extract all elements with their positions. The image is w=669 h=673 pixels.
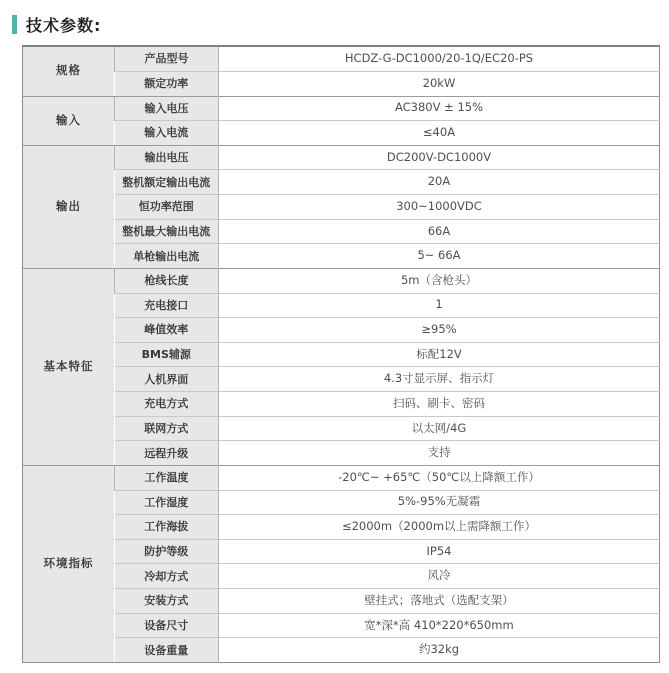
group-cell-input: 输入 xyxy=(23,96,115,145)
table-row: 设备重量 约32kg xyxy=(23,638,660,663)
row-label: 设备尺寸 xyxy=(115,613,219,638)
row-label: 防护等级 xyxy=(115,539,219,564)
row-value: HCDZ-G-DC1000/20-1Q/EC20-PS xyxy=(219,46,660,71)
row-value: 5%-95%无凝霜 xyxy=(219,490,660,515)
row-value: 约32kg xyxy=(219,638,660,663)
row-value: 4.3寸显示屏、指示灯 xyxy=(219,367,660,392)
row-value: IP54 xyxy=(219,539,660,564)
row-label: 枪线长度 xyxy=(115,268,219,293)
row-value: ≥95% xyxy=(219,318,660,343)
row-label: 远程升级 xyxy=(115,441,219,466)
table-row: 设备尺寸 宽*深*高 410*220*650mm xyxy=(23,613,660,638)
row-value: 300~1000VDC xyxy=(219,195,660,220)
table-row: 整机最大输出电流 66A xyxy=(23,219,660,244)
table-row: 充电方式 扫码、刷卡、密码 xyxy=(23,392,660,417)
table-row: 整机额定输出电流 20A xyxy=(23,170,660,195)
row-label: 设备重量 xyxy=(115,638,219,663)
table-row: 安装方式 壁挂式；落地式（选配支架） xyxy=(23,589,660,614)
row-value: ≤2000m（2000m以上需降额工作） xyxy=(219,515,660,540)
row-value: 标配12V xyxy=(219,342,660,367)
table-row: 输入电流 ≤40A xyxy=(23,121,660,146)
table-row: 防护等级 IP54 xyxy=(23,539,660,564)
row-label: 输出电压 xyxy=(115,145,219,170)
row-label: 整机额定输出电流 xyxy=(115,170,219,195)
row-value: 20kW xyxy=(219,71,660,96)
row-value: DC200V-DC1000V xyxy=(219,145,660,170)
row-value: 20A xyxy=(219,170,660,195)
row-label: 安装方式 xyxy=(115,589,219,614)
row-value: 以太网/4G xyxy=(219,416,660,441)
table-row: BMS辅源 标配12V xyxy=(23,342,660,367)
row-value: ≤40A xyxy=(219,121,660,146)
row-label: 输入电流 xyxy=(115,121,219,146)
row-value: 风冷 xyxy=(219,564,660,589)
row-label: 额定功率 xyxy=(115,71,219,96)
table-row: 基本特征 枪线长度 5m（含枪头） xyxy=(23,268,660,293)
datasheet-page: 技术参数: 规格 产品型号 HCDZ-G-DC1000/20-1Q/EC20-P… xyxy=(0,0,669,673)
group-cell-output: 输出 xyxy=(23,145,115,268)
row-value: 支持 xyxy=(219,441,660,466)
table-row: 峰值效率 ≥95% xyxy=(23,318,660,343)
row-value: AC380V ± 15% xyxy=(219,96,660,121)
row-value: 宽*深*高 410*220*650mm xyxy=(219,613,660,638)
row-label: 恒功率范围 xyxy=(115,195,219,220)
spec-table: 规格 产品型号 HCDZ-G-DC1000/20-1Q/EC20-PS 额定功率… xyxy=(22,45,660,663)
table-row: 输入 输入电压 AC380V ± 15% xyxy=(23,96,660,121)
group-cell-features: 基本特征 xyxy=(23,268,115,465)
row-value: 5~ 66A xyxy=(219,244,660,269)
table-row: 冷却方式 风冷 xyxy=(23,564,660,589)
group-cell-environment: 环境指标 xyxy=(23,465,115,662)
row-label: 输入电压 xyxy=(115,96,219,121)
row-label: 工作海拔 xyxy=(115,515,219,540)
group-cell-spec: 规格 xyxy=(23,46,115,96)
table-row: 恒功率范围 300~1000VDC xyxy=(23,195,660,220)
row-value: 66A xyxy=(219,219,660,244)
row-label: 产品型号 xyxy=(115,46,219,71)
row-label: 峰值效率 xyxy=(115,318,219,343)
table-row: 工作湿度 5%-95%无凝霜 xyxy=(23,490,660,515)
row-label: 人机界面 xyxy=(115,367,219,392)
row-label: 充电接口 xyxy=(115,293,219,318)
row-label: 单枪输出电流 xyxy=(115,244,219,269)
row-label: 冷却方式 xyxy=(115,564,219,589)
row-label: BMS辅源 xyxy=(115,342,219,367)
row-label: 整机最大输出电流 xyxy=(115,219,219,244)
table-row: 单枪输出电流 5~ 66A xyxy=(23,244,660,269)
table-row: 规格 产品型号 HCDZ-G-DC1000/20-1Q/EC20-PS xyxy=(23,46,660,71)
row-value: 扫码、刷卡、密码 xyxy=(219,392,660,417)
table-row: 环境指标 工作温度 -20℃~ +65℃（50℃以上降额工作） xyxy=(23,465,660,490)
table-row: 充电接口 1 xyxy=(23,293,660,318)
row-value: 壁挂式；落地式（选配支架） xyxy=(219,589,660,614)
row-label: 工作温度 xyxy=(115,465,219,490)
table-row: 额定功率 20kW xyxy=(23,71,660,96)
page-title: 技术参数: xyxy=(26,13,101,36)
row-label: 充电方式 xyxy=(115,392,219,417)
table-row: 输出 输出电压 DC200V-DC1000V xyxy=(23,145,660,170)
row-label: 联网方式 xyxy=(115,416,219,441)
section-heading: 技术参数: xyxy=(12,13,101,36)
row-value: 1 xyxy=(219,293,660,318)
row-label: 工作湿度 xyxy=(115,490,219,515)
table-row: 工作海拔 ≤2000m（2000m以上需降额工作） xyxy=(23,515,660,540)
table-row: 人机界面 4.3寸显示屏、指示灯 xyxy=(23,367,660,392)
table-row: 联网方式 以太网/4G xyxy=(23,416,660,441)
title-accent-bar xyxy=(12,15,17,34)
table-row: 远程升级 支持 xyxy=(23,441,660,466)
row-value: 5m（含枪头） xyxy=(219,268,660,293)
row-value: -20℃~ +65℃（50℃以上降额工作） xyxy=(219,465,660,490)
